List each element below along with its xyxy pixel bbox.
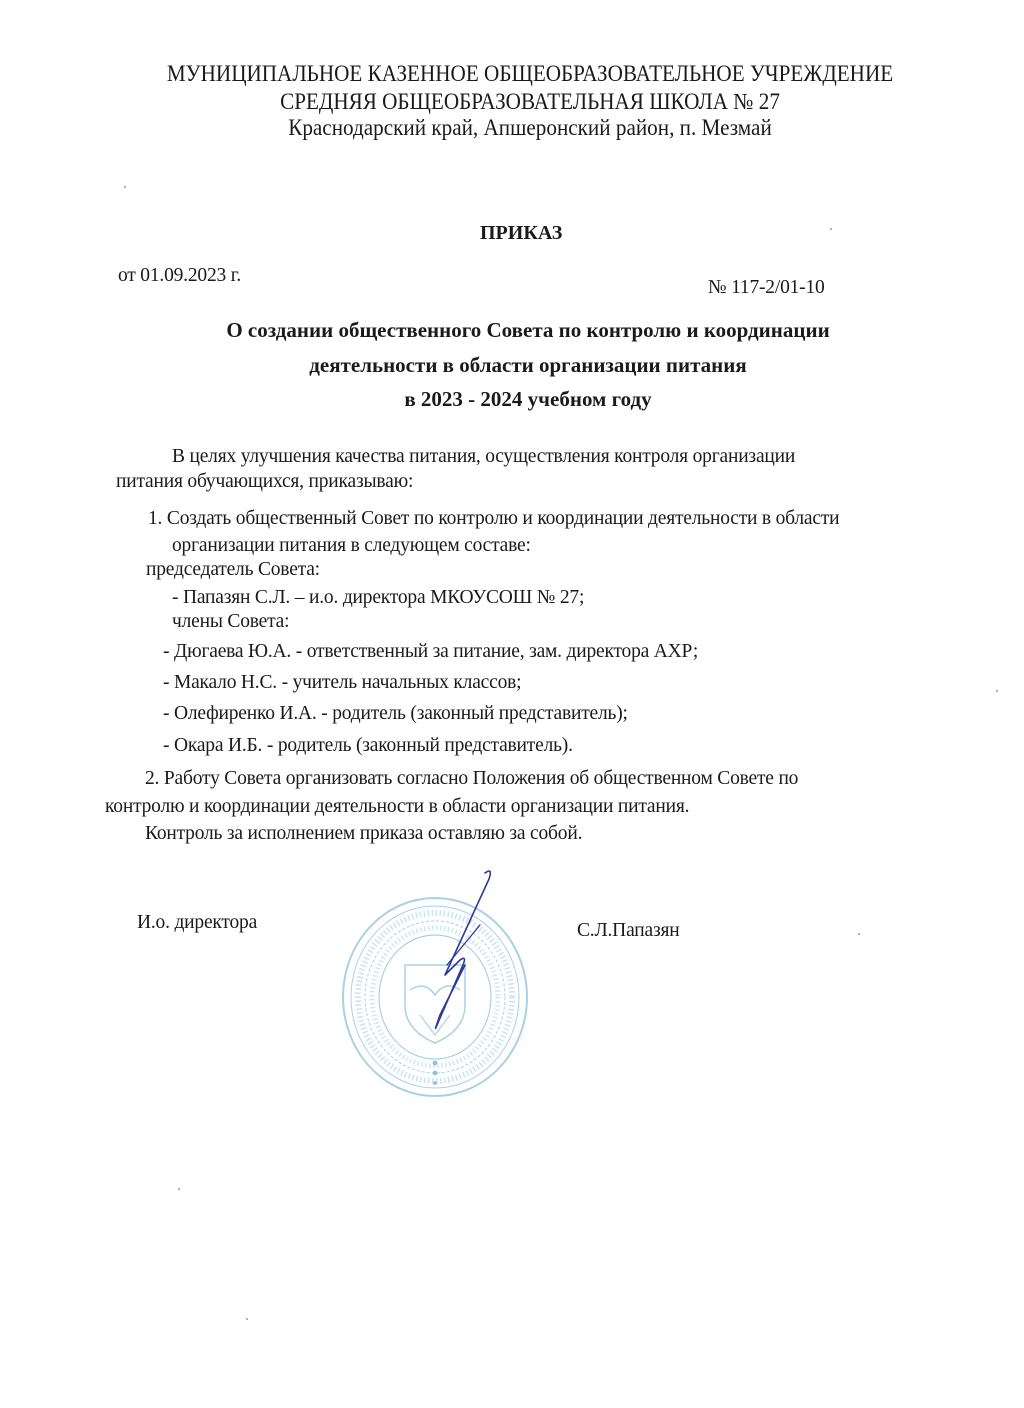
scan-speck [996,690,998,692]
intro-text-line2: питания обучающихся, приказываю: [116,471,413,493]
document-title-line2: деятельности в области организации питан… [0,353,1024,378]
scan-speck [830,228,832,230]
member-entry: - Олефиренко И.А. - родитель (законный п… [163,703,628,725]
scan-speck [124,186,126,188]
document-title-line1: О создании общественного Совета по контр… [0,318,1024,343]
signatory-name: С.Л.Папазян [577,920,679,942]
scan-speck [178,1188,180,1190]
signatory-position: И.о. директора [137,912,257,934]
handwritten-signature-icon [385,865,505,1045]
member-entry: - Макало Н.С. - учитель начальных классо… [163,672,521,694]
institution-name-line2: СРЕДНЯЯ ОБЩЕОБРАЗОВАТЕЛЬНАЯ ШКОЛА № 27 [42,88,1017,116]
chair-label: председатель Совета: [146,559,320,581]
scan-speck [858,933,860,935]
item2-text-line2: контролю и координации деятельности в об… [105,796,689,818]
chair-entry: - Папазян С.Л. – и.о. директора МКОУСОШ … [172,587,584,609]
institution-address: Краснодарский край, Апшеронский район, п… [42,114,1017,142]
control-text: Контроль за исполнением приказа оставляю… [145,823,582,845]
document-date: от 01.09.2023 г. [118,265,241,287]
document-type: ПРИКАЗ [480,222,562,245]
member-entry: - Дюгаева Ю.А. - ответственный за питани… [163,641,698,663]
item1-text-line2: организации питания в следующем составе: [172,535,531,557]
item1-text-line1: 1. Создать общественный Совет по контрол… [148,508,839,530]
intro-text-line1: В целях улучшения качества питания, осущ… [172,446,795,468]
institution-name-line1: МУНИЦИПАЛЬНОЕ КАЗЕННОЕ ОБЩЕОБРАЗОВАТЕЛЬН… [42,60,1017,88]
document-number: № 117-2/01-10 [708,277,825,299]
members-label: члены Совета: [172,611,289,633]
item2-text-line1: 2. Работу Совета организовать согласно П… [145,768,798,790]
member-entry: - Окара И.Б. - родитель (законный предст… [163,735,573,757]
document-title-line3: в 2023 - 2024 учебном году [0,387,1024,412]
scan-speck [246,1318,248,1320]
